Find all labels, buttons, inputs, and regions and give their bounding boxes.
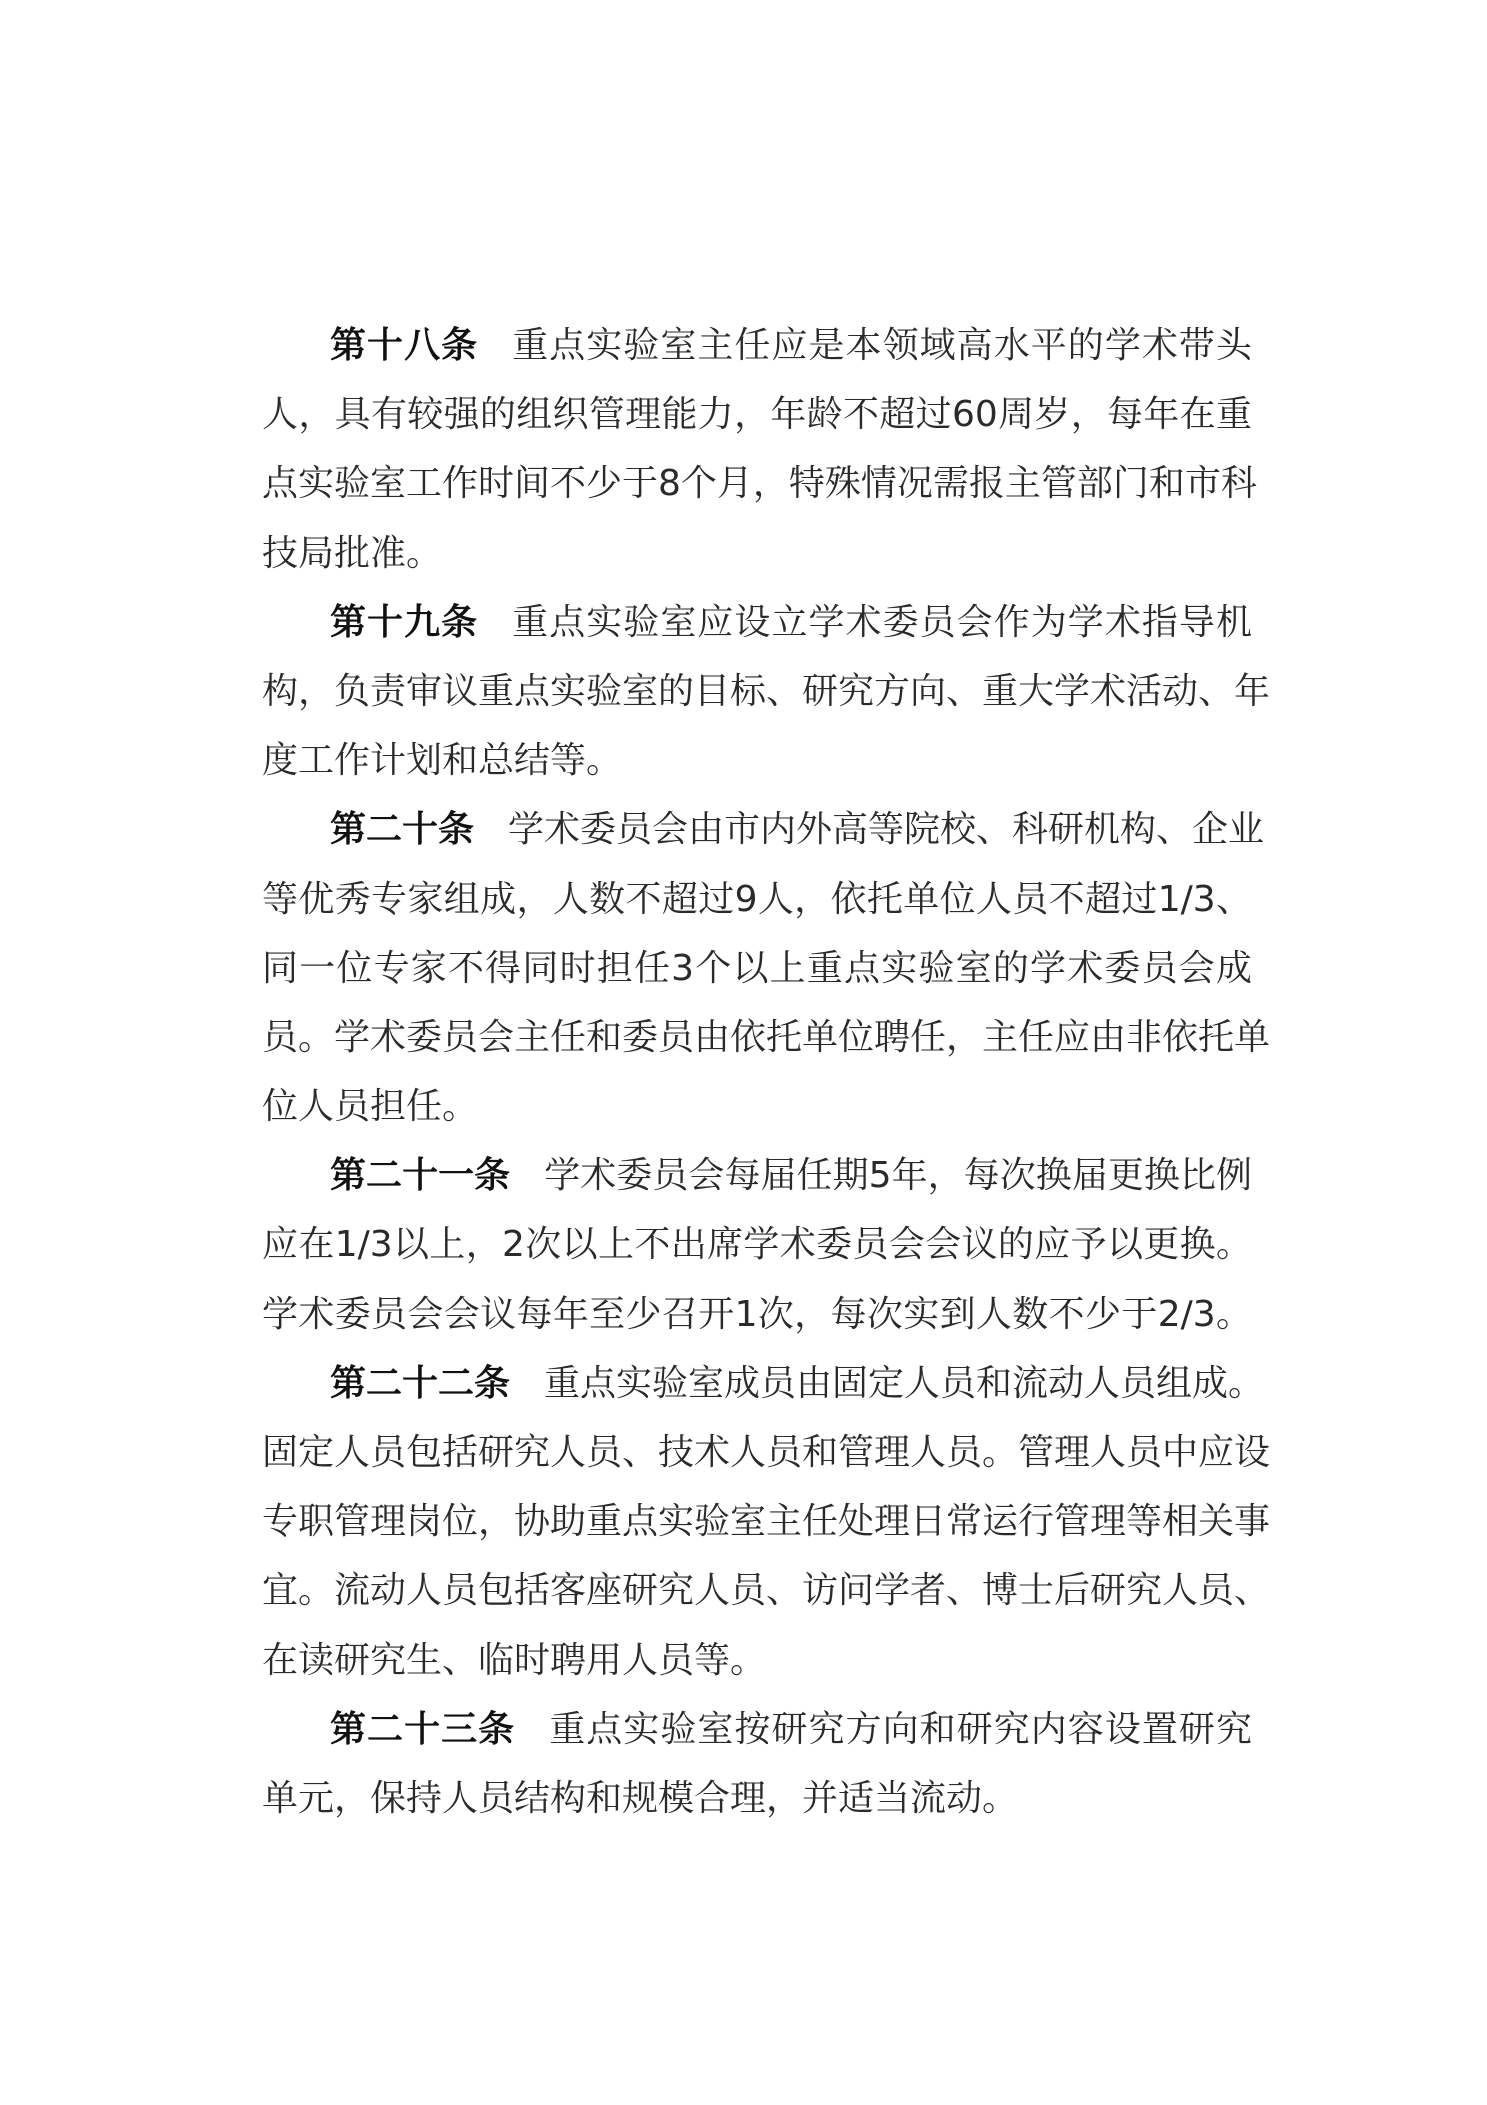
- article-21: 第二十一条学术委员会每届任期5年，每次换届更换比例 应在1/3以上，2次以上不出…: [262, 1141, 1252, 1349]
- article-first-line: 第二十二条重点实验室成员由固定人员和流动人员组成。: [262, 1349, 1252, 1418]
- article-line: 位人员担任。: [262, 1072, 1252, 1141]
- article-text: 学术委员会由市内外高等院校、科研机构、企业: [508, 809, 1264, 850]
- article-23: 第二十三条重点实验室按研究方向和研究内容设置研究 单元，保持人员结构和规模合理，…: [262, 1695, 1252, 1833]
- article-first-line: 第二十一条学术委员会每届任期5年，每次换届更换比例: [262, 1141, 1252, 1210]
- article-line: 在读研究生、临时聘用人员等。: [262, 1626, 1252, 1695]
- article-number: 第十九条: [330, 601, 478, 643]
- article-number: 第二十一条: [330, 1154, 510, 1196]
- article-line: 等优秀专家组成，人数不超过9人，依托单位人员不超过1/3、: [262, 865, 1252, 934]
- article-text: 重点实验室应设立学术委员会作为学术指导机: [512, 602, 1252, 643]
- article-number: 第二十三条: [330, 1708, 515, 1750]
- article-line: 专职管理岗位，协助重点实验室主任处理日常运行管理等相关事: [262, 1487, 1252, 1556]
- article-text: 重点实验室主任应是本领域高水平的学术带头: [512, 325, 1252, 366]
- article-22: 第二十二条重点实验室成员由固定人员和流动人员组成。 固定人员包括研究人员、技术人…: [262, 1349, 1252, 1695]
- article-first-line: 第二十三条重点实验室按研究方向和研究内容设置研究: [262, 1695, 1252, 1764]
- article-line: 学术委员会会议每年至少召开1次，每次实到人数不少于2/3。: [262, 1280, 1252, 1349]
- article-line: 构，负责审议重点实验室的目标、研究方向、重大学术活动、年: [262, 657, 1252, 726]
- article-line: 人，具有较强的组织管理能力，年龄不超过60周岁，每年在重: [262, 380, 1252, 449]
- article-line: 技局批准。: [262, 519, 1252, 588]
- article-text: 重点实验室按研究方向和研究内容设置研究: [549, 1709, 1252, 1750]
- article-first-line: 第二十条学术委员会由市内外高等院校、科研机构、企业: [262, 795, 1252, 864]
- article-20: 第二十条学术委员会由市内外高等院校、科研机构、企业 等优秀专家组成，人数不超过9…: [262, 795, 1252, 1141]
- article-text: 重点实验室成员由固定人员和流动人员组成。: [544, 1363, 1264, 1404]
- article-line: 宜。流动人员包括客座研究人员、访问学者、博士后研究人员、: [262, 1556, 1252, 1625]
- article-18: 第十八条重点实验室主任应是本领域高水平的学术带头 人，具有较强的组织管理能力，年…: [262, 311, 1252, 588]
- article-line: 员。学术委员会主任和委员由依托单位聘任，主任应由非依托单: [262, 1003, 1252, 1072]
- article-19: 第十九条重点实验室应设立学术委员会作为学术指导机 构，负责审议重点实验室的目标、…: [262, 588, 1252, 796]
- article-first-line: 第十八条重点实验室主任应是本领域高水平的学术带头: [262, 311, 1252, 380]
- article-line: 单元，保持人员结构和规模合理，并适当流动。: [262, 1764, 1252, 1833]
- article-line: 点实验室工作时间不少于8个月，特殊情况需报主管部门和市科: [262, 449, 1252, 518]
- article-line: 同一位专家不得同时担任3个以上重点实验室的学术委员会成: [262, 934, 1252, 1003]
- article-text: 学术委员会每届任期5年，每次换届更换比例: [544, 1155, 1252, 1196]
- article-first-line: 第十九条重点实验室应设立学术委员会作为学术指导机: [262, 588, 1252, 657]
- article-number: 第二十条: [330, 808, 474, 850]
- article-number: 第十八条: [330, 324, 478, 366]
- document-page: 第十八条重点实验室主任应是本领域高水平的学术带头 人，具有较强的组织管理能力，年…: [0, 0, 1487, 2105]
- document-body: 第十八条重点实验室主任应是本领域高水平的学术带头 人，具有较强的组织管理能力，年…: [262, 311, 1252, 1833]
- article-line: 应在1/3以上，2次以上不出席学术委员会会议的应予以更换。: [262, 1210, 1252, 1279]
- article-number: 第二十二条: [330, 1362, 510, 1404]
- article-line: 度工作计划和总结等。: [262, 726, 1252, 795]
- article-line: 固定人员包括研究人员、技术人员和管理人员。管理人员中应设: [262, 1418, 1252, 1487]
